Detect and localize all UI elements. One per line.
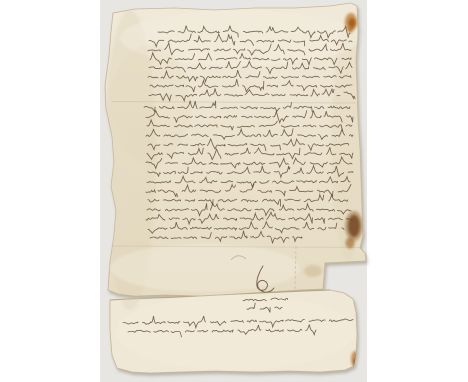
auction-photo-page <box>0 0 468 382</box>
manuscript-photograph <box>0 0 468 382</box>
